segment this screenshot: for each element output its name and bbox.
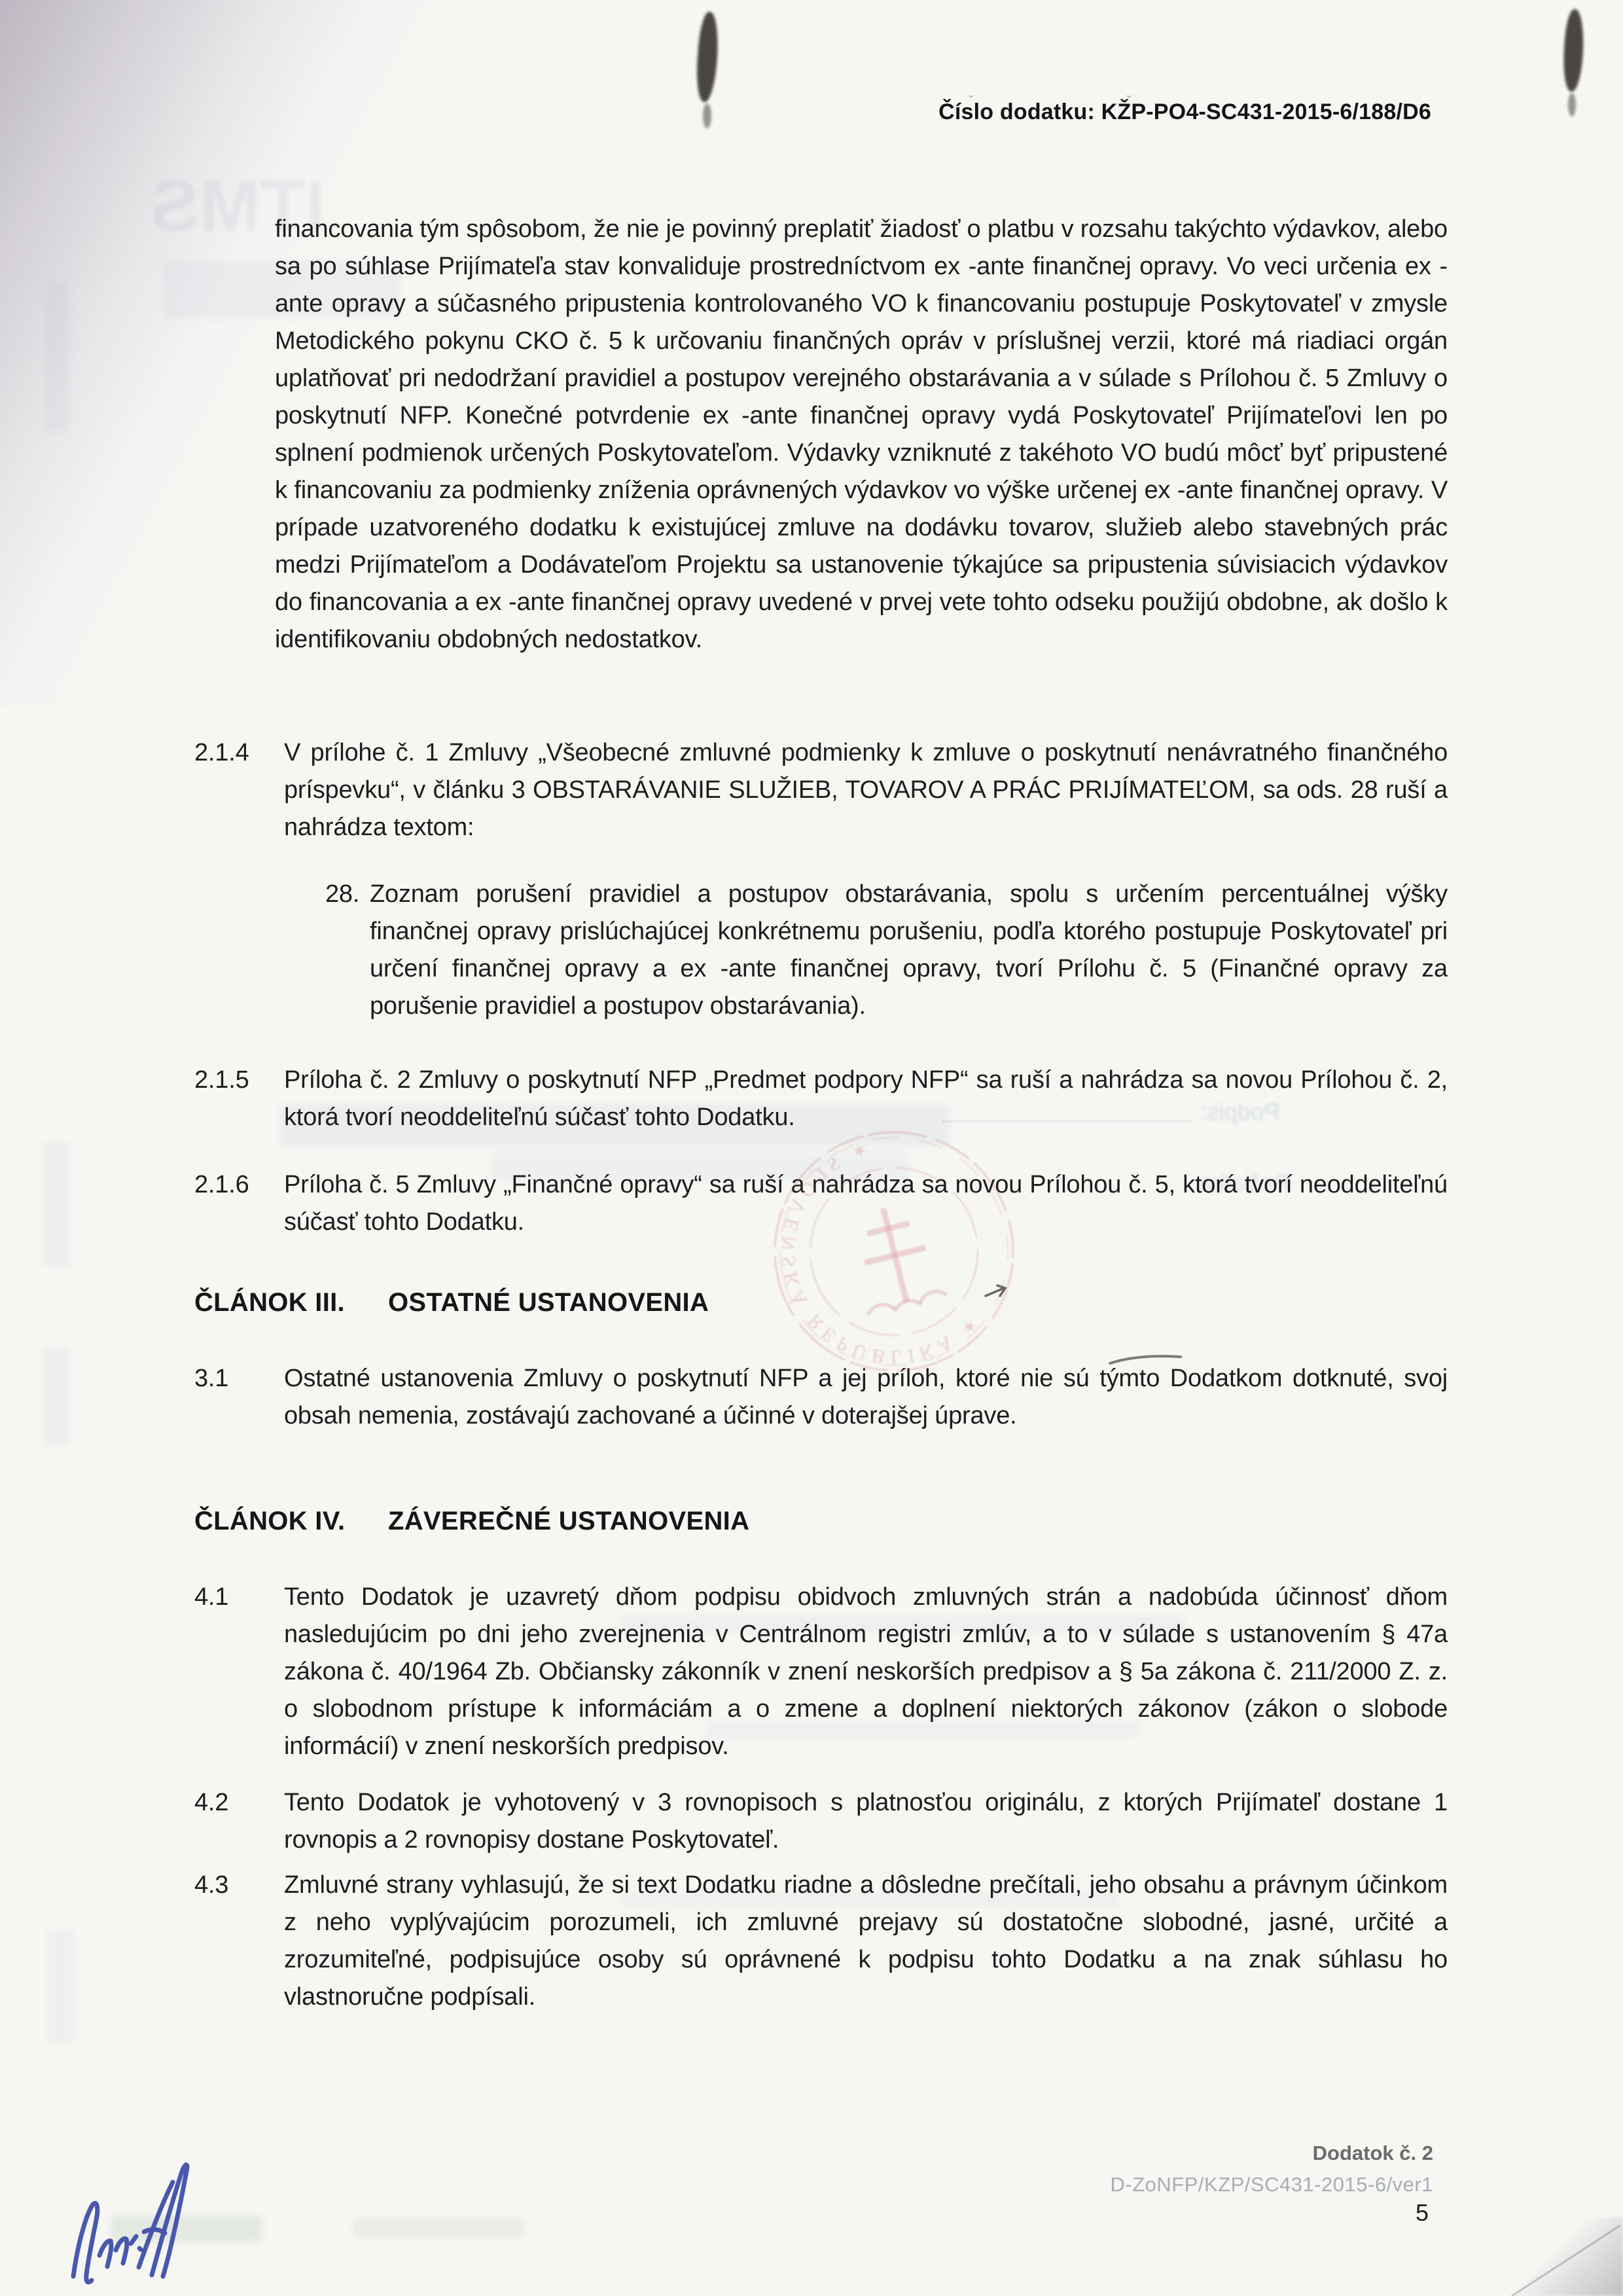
clause-2-1-4: 2.1.4 V prílohe č. 1 Zmluvy „Všeobecné z… [194,734,1448,846]
footer-doc-title: Dodatok č. 2 [1313,2142,1433,2165]
clause-text: Tento Dodatok je vyhotovený v 3 rovnopis… [284,1784,1448,1859]
clause-number: 2.1.6 [194,1166,284,1241]
ink-smudge-top-center-tail [703,103,711,128]
clause-number: 2.1.5 [194,1062,284,1136]
ink-smudge-top-right-tail [1568,93,1576,117]
article-title: OSTATNÉ USTANOVENIA [388,1288,709,1318]
bleedthrough-margin-bar-1 [46,281,69,432]
signature-initials-right [118,2147,262,2296]
clause-text: Tento Dodatok je uzavretý dňom podpisu o… [284,1579,1448,1765]
bleedthrough-margin-bar-2 [43,1142,69,1266]
article-label: ČLÁNOK III. [194,1288,388,1318]
clause-text: Príloha č. 2 Zmluvy o poskytnutí NFP „Pr… [284,1062,1448,1136]
scanned-document-page: ˇ ˇ ITMS Podpis: Pečiatka Číslo dodatku:… [0,0,1623,2296]
clause-4-3: 4.3 Zmluvné strany vyhlasujú, že si text… [194,1867,1448,2016]
bleedthrough-margin-bar-4 [47,1931,75,2042]
item-number: 28. [325,876,370,1025]
bleedthrough-margin-bar-3 [43,1348,69,1446]
bleedthrough-smudge-footer-2 [353,2219,524,2238]
clause-2-1-5: 2.1.5 Príloha č. 2 Zmluvy o poskytnutí N… [194,1062,1448,1136]
clause-2-1-6: 2.1.6 Príloha č. 5 Zmluvy „Finančné opra… [194,1166,1448,1241]
article-label: ČLÁNOK IV. [194,1507,388,1536]
clause-number: 4.2 [194,1784,284,1859]
document-number-header: Číslo dodatku: KŽP-PO4-SC431-2015-6/188/… [938,99,1431,125]
clause-text: V prílohe č. 1 Zmluvy „Všeobecné zmluvné… [284,734,1448,846]
item-28: 28. Zoznam porušení pravidiel a postupov… [325,876,1448,1025]
clause-number: 2.1.4 [194,734,284,846]
clause-4-2: 4.2 Tento Dodatok je vyhotovený v 3 rovn… [194,1784,1448,1859]
clause-4-1: 4.1 Tento Dodatok je uzavretý dňom podpi… [194,1579,1448,1765]
page-number: 5 [1416,2199,1429,2227]
ink-smudge-top-right [1562,9,1586,92]
footer-doc-code: D-ZoNFP/KZP/SC431-2015-6/ver1 [1111,2173,1433,2197]
clause-text: Ostatné ustanovenia Zmluvy o poskytnutí … [284,1360,1448,1435]
bleedthrough-smudge-footer-1 [111,2216,262,2242]
pencil-tick-mark [982,1276,1021,1302]
ink-smudge-top-center [694,11,721,103]
clause-text: Príloha č. 5 Zmluvy „Finančné opravy“ sa… [284,1166,1448,1241]
clause-number: 4.1 [194,1579,284,1765]
article-3-heading: ČLÁNOK III. OSTATNÉ USTANOVENIA [194,1288,709,1318]
item-text: Zoznam porušení pravidiel a postupov obs… [370,876,1448,1025]
stamp-ring-text: ✶ SLOVENSKÁ REPUBLIKA ✶ [753,1121,991,1393]
article-4-heading: ČLÁNOK IV. ZÁVEREČNÉ USTANOVENIA [194,1507,749,1536]
clause-number: 4.3 [194,1867,284,2016]
clause-number: 3.1 [194,1360,284,1435]
scan-corner-shadow-bottom-right [1512,2217,1623,2296]
article-title: ZÁVEREČNÉ USTANOVENIA [388,1507,749,1536]
clause-3-1: 3.1 Ostatné ustanovenia Zmluvy o poskytn… [194,1360,1448,1435]
clause-text: Zmluvné strany vyhlasujú, že si text Dod… [284,1867,1448,2016]
signature-initials-left [46,2179,216,2296]
intro-paragraph: financovania tým spôsobom, že nie je pov… [275,211,1448,658]
